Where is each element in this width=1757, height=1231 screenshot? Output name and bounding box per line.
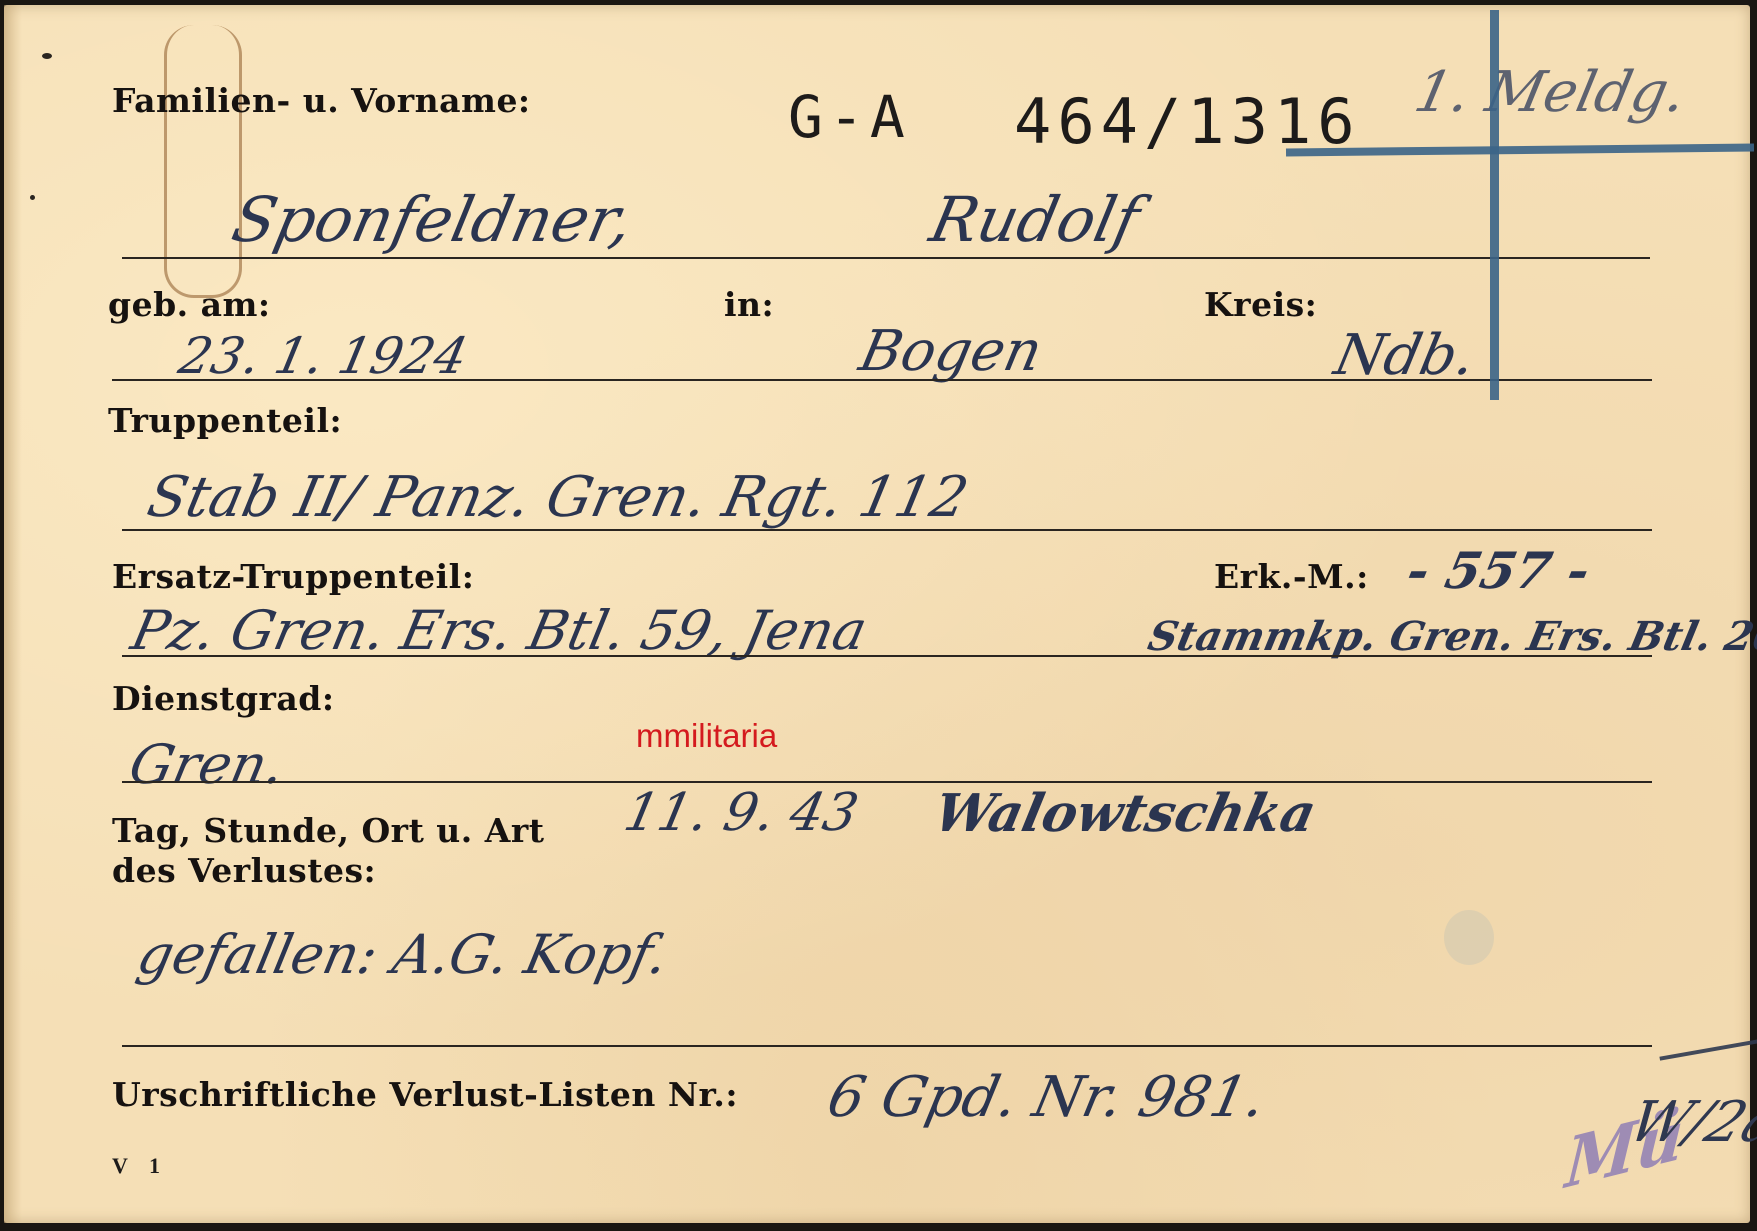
birth-place-label: in:: [724, 285, 774, 324]
rank-underline: [122, 781, 1652, 783]
loss-label-line1: Tag, Stunde, Ort u. Art: [112, 811, 545, 850]
unit-label: Truppenteil:: [108, 401, 342, 440]
birth-underline: [112, 379, 1652, 381]
loss-list-value: 6 Gpd. Nr. 981.: [822, 1065, 1271, 1130]
annotation-first-report: 1. Meldg.: [1409, 60, 1692, 125]
water-stain: [1444, 910, 1494, 965]
replacement-unit-value: Pz. Gren. Ers. Btl. 59, Jena: [126, 599, 872, 662]
id-tag-label: Erk.-M.:: [1214, 557, 1369, 596]
loss-place-value: Walowtschka: [929, 783, 1321, 844]
rank-value: Gren.: [124, 733, 290, 796]
tag-issuing-unit-value: Stammkp. Gren. Ers. Btl. 260: [1144, 613, 1757, 660]
district-label: Kreis:: [1204, 285, 1317, 324]
given-name-value: Rudolf: [924, 183, 1146, 256]
loss-list-label: Urschriftliche Verlust-Listen Nr.:: [112, 1075, 738, 1114]
surname-value: Sponfeldner,: [226, 183, 639, 256]
ink-speck: [30, 195, 35, 200]
loss-label-line2: des Verlustes:: [112, 851, 376, 890]
loss-underline: [122, 1045, 1652, 1047]
loss-date-value: 11. 9. 43: [619, 783, 863, 843]
replacement-unit-label: Ersatz-Truppenteil:: [112, 557, 474, 596]
loss-type-value: gefallen: A.G. Kopf.: [132, 923, 674, 986]
unit-underline: [122, 529, 1652, 531]
watermark-text: mmilitaria: [636, 717, 777, 755]
birth-date-label: geb. am:: [108, 285, 271, 324]
file-number-prefix: G-A: [788, 83, 911, 151]
unit-value: Stab II/ Panz. Gren. Rgt. 112: [142, 465, 974, 530]
signature-stroke: [1659, 1039, 1757, 1060]
form-code: V 1: [112, 1153, 168, 1179]
rank-label: Dienstgrad:: [112, 679, 335, 718]
file-number: 464/1316: [1014, 85, 1361, 158]
ink-initials: W/2a: [1620, 1090, 1757, 1155]
birth-date-value: 23. 1. 1924: [174, 327, 473, 385]
name-underline: [122, 257, 1650, 259]
blue-crayon-vertical-mark: [1490, 10, 1499, 400]
replacement-unit-underline: [122, 655, 1652, 657]
id-tag-value: - 557 -: [1402, 541, 1595, 600]
ink-speck: [42, 53, 52, 59]
name-label: Familien- u. Vorname:: [112, 81, 531, 120]
birth-place-value: Bogen: [854, 319, 1048, 384]
card-left-edge-shading: [4, 5, 22, 1223]
personnel-record-card: Familien- u. Vorname: G-A 464/1316 1. Me…: [4, 5, 1750, 1223]
